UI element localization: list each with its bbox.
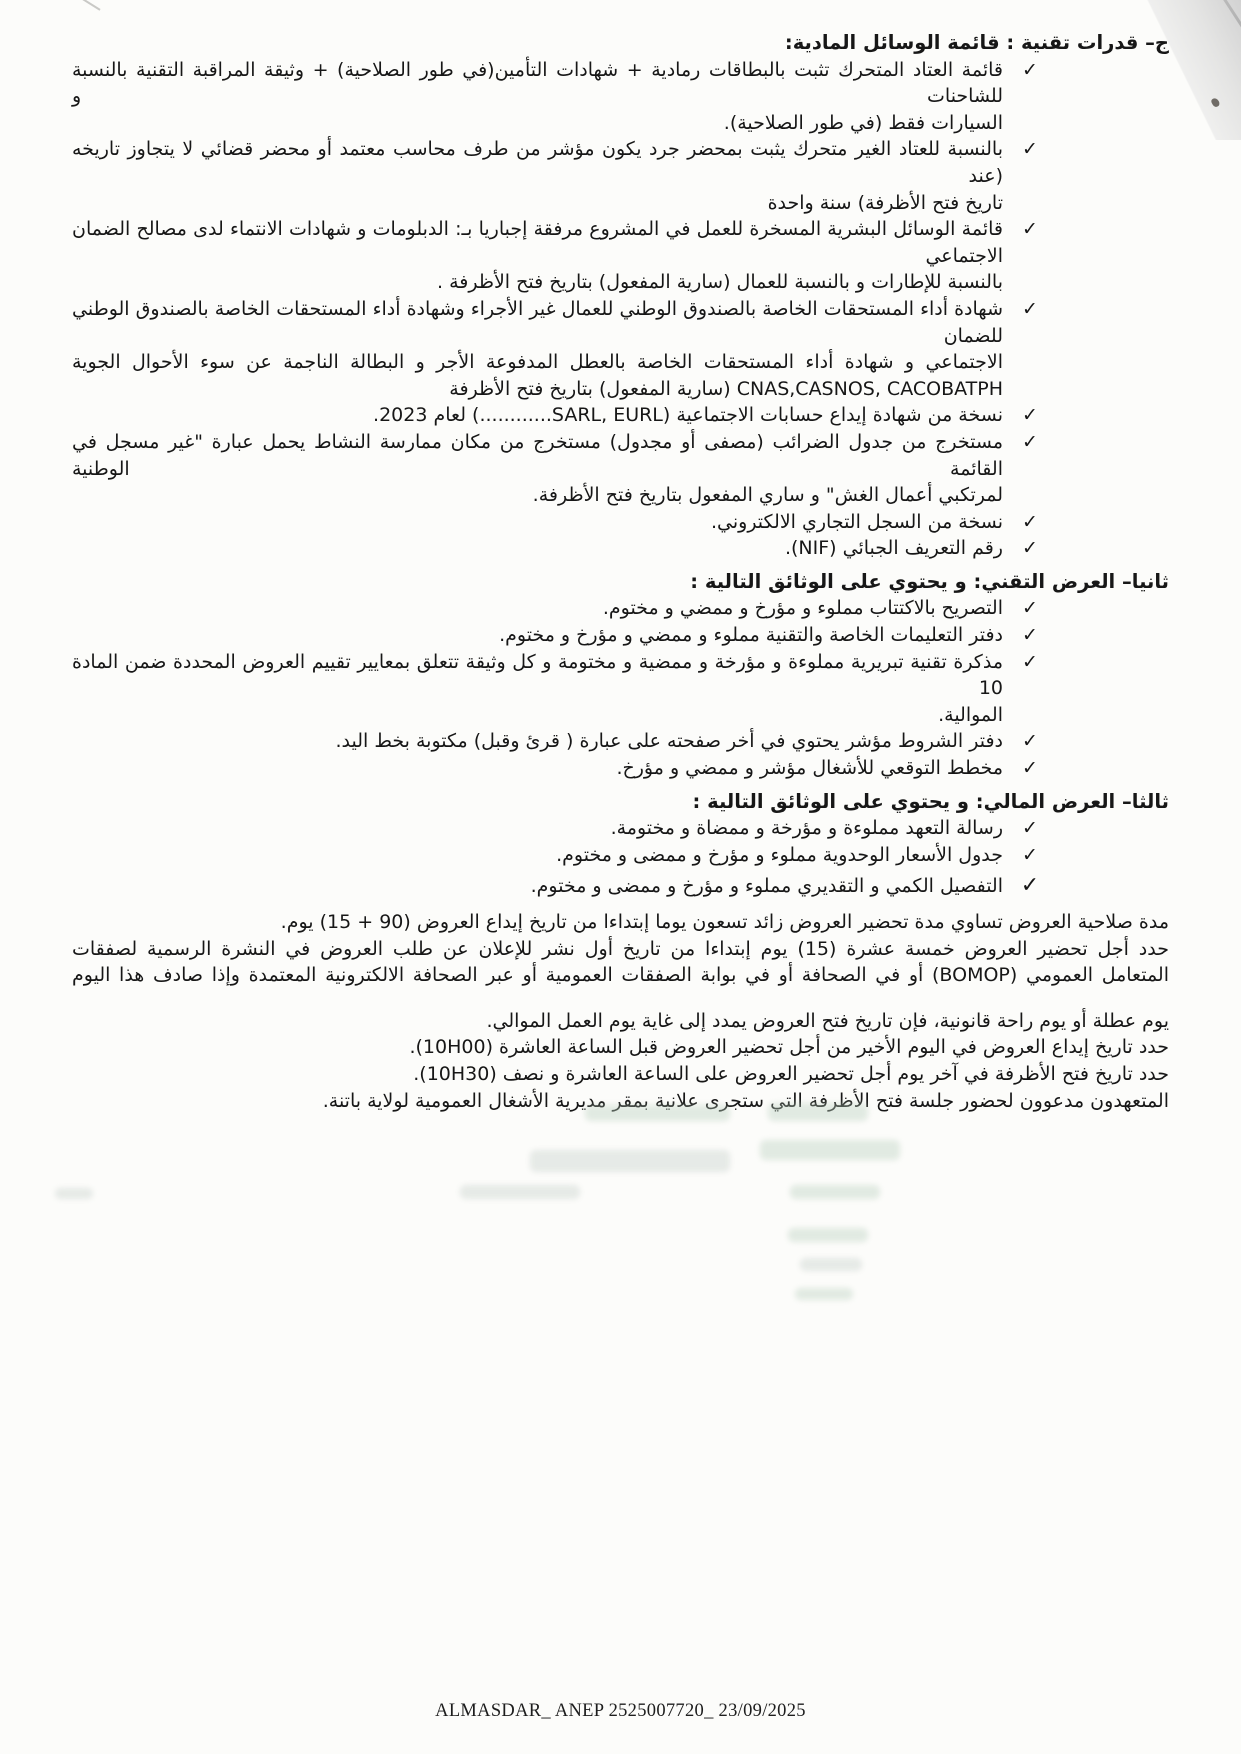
checklist-item: ✓ مستخرج من جدول الضرائب (مصفى أو مجدول)…: [72, 429, 1169, 509]
checkmark-icon: ✓: [1017, 296, 1043, 323]
checkmark-icon: ✓: [1017, 136, 1043, 163]
item-line: رسالة التعهد مملوءة و مؤرخة و ممضاة و مخ…: [72, 815, 1003, 842]
item-line: مخطط التوقعي للأشغال مؤشر و ممضي و مؤرخ.: [72, 755, 1003, 782]
bleed-through-mark: [800, 1258, 862, 1271]
closing-paragraphs: مدة صلاحية العروض تساوي مدة تحضير العروض…: [72, 909, 1169, 1114]
bleed-through-mark: [790, 1185, 880, 1199]
checklist-item: ✓ قائمة العتاد المتحرك تثبت بالبطاقات رم…: [72, 57, 1169, 137]
checklist-item: ✓ قائمة الوسائل البشرية المسخرة للعمل في…: [72, 216, 1169, 296]
checklist-item: ✓ نسخة من السجل التجاري الالكتروني.: [72, 509, 1169, 536]
section-heading-technical-capacities: ج– قدرات تقنية : قائمة الوسائل المادية:: [72, 30, 1169, 57]
item-line: الموالية.: [72, 702, 1003, 729]
checkmark-icon: ✓: [1017, 622, 1043, 649]
paragraph-line: المتعامل العمومي ⁦(BOMOP)⁩ أو في الصحافة…: [72, 962, 1169, 989]
paragraph-line: المتعهدون مدعوون لحضور جلسة فتح الأظرفة …: [72, 1088, 1169, 1115]
checkmark-icon: ✓: [1017, 429, 1043, 456]
item-line: دفتر الشروط مؤشر يحتوي في أخر صفحته على …: [72, 728, 1003, 755]
checkmark-icon: ✓: [1017, 649, 1043, 676]
item-line: مذكرة تقنية تبريرية مملوءة و مؤرخة و ممض…: [72, 649, 1003, 702]
paragraph-line: مدة صلاحية العروض تساوي مدة تحضير العروض…: [72, 909, 1169, 936]
checkmark-icon: ✓: [1017, 216, 1043, 243]
checklist-item: ✓ التصريح بالاكتتاب مملوء و مؤرخ و ممضي …: [72, 595, 1169, 622]
item-line: نسخة من السجل التجاري الالكتروني.: [72, 509, 1003, 536]
bleed-through-mark: [760, 1140, 900, 1160]
checklist-item: ✓ مذكرة تقنية تبريرية مملوءة و مؤرخة و م…: [72, 649, 1169, 729]
checklist-item: ✓ التفصيل الكمي و التقديري مملوء و مؤرخ …: [72, 873, 1169, 900]
checklist-item: ✓ مخطط التوقعي للأشغال مؤشر و ممضي و مؤر…: [72, 755, 1169, 782]
item-line: الاجتماعي و شهادة أداء المستحقات الخاصة …: [72, 349, 1003, 376]
item-line: شهادة أداء المستحقات الخاصة بالصندوق الو…: [72, 296, 1003, 349]
paragraph-line: يوم عطلة أو يوم راحة قانونية، فإن تاريخ …: [72, 1008, 1169, 1035]
item-line: مستخرج من جدول الضرائب (مصفى أو مجدول) م…: [72, 429, 1003, 482]
item-line: التصريح بالاكتتاب مملوء و مؤرخ و ممضي و …: [72, 595, 1003, 622]
section-heading-technical-offer: ثانيا– العرض التقني: و يحتوي على الوثائق…: [72, 569, 1169, 596]
document-body: ج– قدرات تقنية : قائمة الوسائل المادية: …: [72, 30, 1169, 1114]
checklist-item: ✓ نسخة من شهادة إيداع حسابات الاجتماعية …: [72, 402, 1169, 429]
checkmark-icon: ✓: [1017, 842, 1043, 869]
item-line: جدول الأسعار الوحدوية مملوء و مؤرخ و ممض…: [72, 842, 1003, 869]
page-corner-fold-line: [1216, 0, 1241, 132]
checkmark-icon: ✓: [1017, 595, 1043, 622]
bleed-through-mark: [460, 1185, 580, 1199]
checkmark-icon: ✓: [1017, 755, 1043, 782]
item-line: نسخة من شهادة إيداع حسابات الاجتماعية ⁦(…: [72, 402, 1003, 429]
checklist-item: ✓ شهادة أداء المستحقات الخاصة بالصندوق ا…: [72, 296, 1169, 402]
checkmark-icon: ✓: [1017, 509, 1043, 536]
checklist-item: ✓ رقم التعريف الجبائي ⁦(NIF)⁩.: [72, 535, 1169, 562]
item-line: رقم التعريف الجبائي ⁦(NIF)⁩.: [72, 535, 1003, 562]
paragraph-line: حدد تاريخ فتح الأظرفة في آخر يوم أجل تحض…: [72, 1061, 1169, 1088]
section-heading-financial-offer: ثالثا– العرض المالي: و يحتوي على الوثائق…: [72, 789, 1169, 816]
page-corner-fold-notch: [1210, 97, 1221, 108]
checklist-item: ✓ دفتر الشروط مؤشر يحتوي في أخر صفحته عل…: [72, 728, 1169, 755]
item-line: تاريخ فتح الأظرفة) سنة واحدة: [72, 190, 1003, 217]
bleed-through-mark: [795, 1288, 853, 1300]
checklist-item: ✓ جدول الأسعار الوحدوية مملوء و مؤرخ و م…: [72, 842, 1169, 869]
bleed-through-mark: [788, 1228, 868, 1242]
checkmark-icon: ✓: [1017, 535, 1043, 562]
checkmark-icon: ✓: [1017, 402, 1043, 429]
bleed-through-mark: [55, 1188, 93, 1199]
paragraph-line: حدد تاريخ إيداع العروض في اليوم الأخير م…: [72, 1034, 1169, 1061]
checklist-item: ✓ دفتر التعليمات الخاصة والتقنية مملوء و…: [72, 622, 1169, 649]
item-line: قائمة الوسائل البشرية المسخرة للعمل في ا…: [72, 216, 1003, 269]
item-line: قائمة العتاد المتحرك تثبت بالبطاقات رماد…: [72, 57, 1003, 110]
scan-scratch-mark: [77, 0, 100, 11]
item-line: ⁦CNAS,CASNOS, CACOBATPH⁩ (سارية المفعول)…: [72, 376, 1003, 403]
item-line: دفتر التعليمات الخاصة والتقنية مملوء و م…: [72, 622, 1003, 649]
paragraph-line: حدد أجل تحضير العروض خمسة عشرة (15) يوم …: [72, 936, 1169, 963]
footer-reference: ALMASDAR_ ANEP 2525007720_ 23/09/2025: [0, 1701, 1241, 1722]
item-line: التفصيل الكمي و التقديري مملوء و مؤرخ و …: [72, 873, 1003, 900]
checklist-item: ✓ رسالة التعهد مملوءة و مؤرخة و ممضاة و …: [72, 815, 1169, 842]
bleed-through-mark: [530, 1150, 730, 1172]
item-line: بالنسبة للإطارات و بالنسبة للعمال (سارية…: [72, 269, 1003, 296]
item-line: السيارات فقط (في طور الصلاحية).: [72, 110, 1003, 137]
checkmark-icon: ✓: [1017, 57, 1043, 84]
item-line: لمرتكبي أعمال الغش" و ساري المفعول بتاري…: [72, 482, 1003, 509]
checkmark-icon: ✓: [1017, 815, 1043, 842]
checkmark-icon: ✓: [1017, 873, 1043, 900]
scanned-document-page: ج– قدرات تقنية : قائمة الوسائل المادية: …: [0, 0, 1241, 1754]
checkmark-icon: ✓: [1017, 728, 1043, 755]
item-line: بالنسبة للعتاد الغير متحرك يثبت بمحضر جر…: [72, 136, 1003, 189]
checklist-item: ✓ بالنسبة للعتاد الغير متحرك يثبت بمحضر …: [72, 136, 1169, 216]
